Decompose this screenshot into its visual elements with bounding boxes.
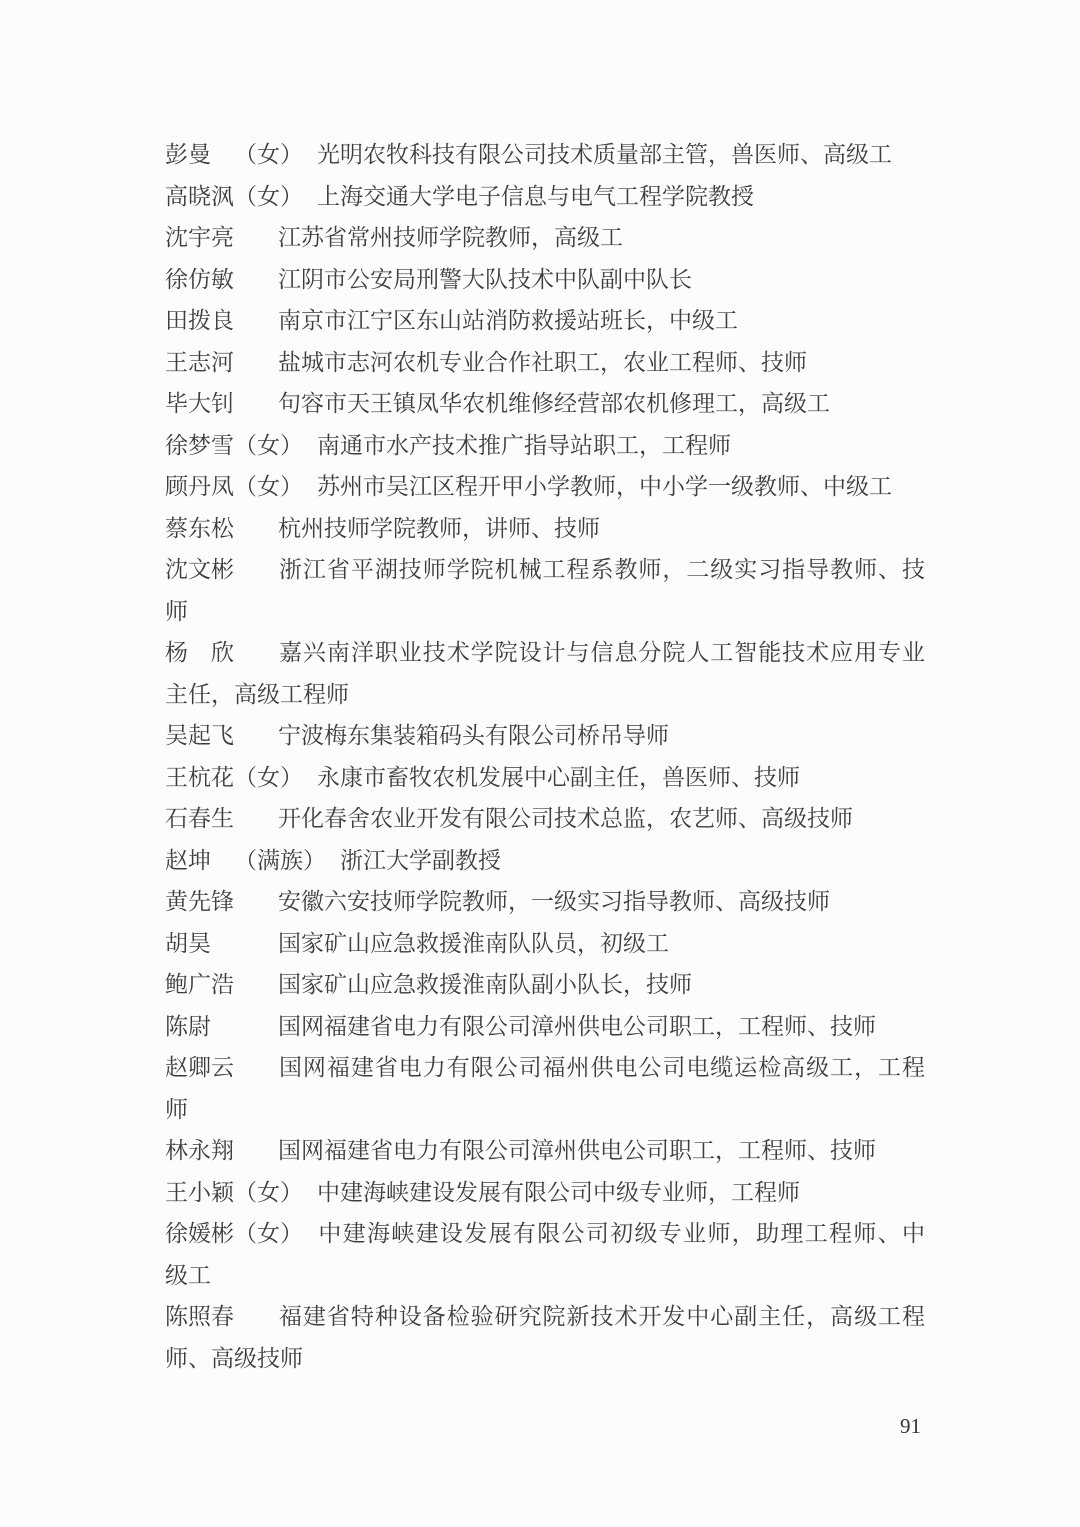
name-field: 胡昊 — [165, 923, 278, 965]
person-description: 杭州技师学院教师，讲师、技师 — [278, 516, 600, 541]
person-name: 杨欣 — [165, 632, 234, 674]
person-description: 江阴市公安局刑警大队技术中队副中队长 — [278, 267, 692, 292]
person-name: 田拨良 — [165, 300, 234, 342]
person-description: 光明农牧科技有限公司技术质量部主管，兽医师、高级工 — [317, 142, 892, 167]
name-field: 徐梦雪（女） — [165, 425, 317, 467]
roster-entry: 王杭花（女）永康市畜牧农机发展中心副主任，兽医师、技师 — [165, 757, 925, 799]
name-field: 陈照春 — [165, 1296, 278, 1338]
document-page: 彭曼（女）光明农牧科技有限公司技术质量部主管，兽医师、高级工 高晓沨（女）上海交… — [0, 0, 1080, 1527]
gender-tag: （女） — [234, 1180, 303, 1205]
person-description-continued: 师 — [165, 1089, 925, 1131]
person-name: 徐梦雪 — [165, 425, 234, 467]
person-description: 中建海峡建设发展有限公司初级专业师，助理工程师、中 — [317, 1221, 925, 1246]
roster-entry: 胡昊国家矿山应急救援淮南队队员，初级工 — [165, 923, 925, 965]
name-field: 鲍广浩 — [165, 964, 278, 1006]
name-field: 王杭花（女） — [165, 757, 317, 799]
roster-entry: 陈尉国网福建省电力有限公司漳州供电公司职工，工程师、技师 — [165, 1006, 925, 1048]
person-name: 赵卿云 — [165, 1047, 234, 1089]
person-name: 徐媛彬 — [165, 1213, 234, 1255]
person-description: 国网福建省电力有限公司福州供电公司电缆运检高级工，工程 — [278, 1055, 925, 1080]
name-field: 徐仿敏 — [165, 259, 278, 301]
name-field: 林永翔 — [165, 1130, 278, 1172]
person-description: 盐城市志河农机专业合作社职工，农业工程师、技师 — [278, 350, 807, 375]
name-field: 田拨良 — [165, 300, 278, 342]
roster-entry: 王志河盐城市志河农机专业合作社职工，农业工程师、技师 — [165, 342, 925, 384]
person-name: 黄先锋 — [165, 881, 234, 923]
person-name: 王杭花 — [165, 757, 234, 799]
person-description: 国家矿山应急救援淮南队副小队长，技师 — [278, 972, 692, 997]
name-field: 石春生 — [165, 798, 278, 840]
person-name: 高晓沨 — [165, 176, 234, 218]
person-description: 永康市畜牧农机发展中心副主任，兽医师、技师 — [317, 765, 800, 790]
person-description-continued: 师 — [165, 591, 925, 633]
name-field: 蔡东松 — [165, 508, 278, 550]
name-field: 彭曼（女） — [165, 134, 317, 176]
name-field: 沈文彬 — [165, 549, 278, 591]
page-number: 91 — [165, 1410, 925, 1443]
person-description-continued: 级工 — [165, 1255, 925, 1297]
name-field: 王志河 — [165, 342, 278, 384]
person-description: 嘉兴南洋职业技术学院设计与信息分院人工智能技术应用专业 — [278, 640, 925, 665]
person-description: 句容市天王镇凤华农机维修经营部农机修理工，高级工 — [278, 391, 830, 416]
person-description: 江苏省常州技师学院教师，高级工 — [278, 225, 623, 250]
person-name: 石春生 — [165, 798, 234, 840]
roster-entry: 陈照春福建省特种设备检验研究院新技术开发中心副主任，高级工程师、高级技师 — [165, 1296, 925, 1379]
roster-list: 彭曼（女）光明农牧科技有限公司技术质量部主管，兽医师、高级工 高晓沨（女）上海交… — [0, 0, 1080, 1443]
person-description: 上海交通大学电子信息与电气工程学院教授 — [317, 184, 754, 209]
person-description: 开化春舍农业开发有限公司技术总监，农艺师、高级技师 — [278, 806, 853, 831]
roster-entry: 林永翔国网福建省电力有限公司漳州供电公司职工，工程师、技师 — [165, 1130, 925, 1172]
person-name: 王小颖 — [165, 1172, 234, 1214]
name-field: 徐媛彬（女） — [165, 1213, 317, 1255]
ethnicity-tag: （满族） — [234, 848, 326, 873]
name-field: 沈宇亮 — [165, 217, 278, 259]
roster-entry: 黄先锋安徽六安技师学院教师，一级实习指导教师、高级技师 — [165, 881, 925, 923]
person-description: 安徽六安技师学院教师，一级实习指导教师、高级技师 — [278, 889, 830, 914]
person-name: 赵坤 — [165, 840, 234, 882]
roster-entry: 石春生开化春舍农业开发有限公司技术总监，农艺师、高级技师 — [165, 798, 925, 840]
person-name: 王志河 — [165, 342, 234, 384]
roster-entry: 鲍广浩国家矿山应急救援淮南队副小队长，技师 — [165, 964, 925, 1006]
roster-entry: 王小颖（女）中建海峡建设发展有限公司中级专业师，工程师 — [165, 1172, 925, 1214]
person-name: 陈尉 — [165, 1006, 234, 1048]
roster-entry: 高晓沨（女）上海交通大学电子信息与电气工程学院教授 — [165, 176, 925, 218]
person-name: 沈文彬 — [165, 549, 234, 591]
name-field: 毕大钊 — [165, 383, 278, 425]
person-description-continued: 主任，高级工程师 — [165, 674, 925, 716]
name-field: 吴起飞 — [165, 715, 278, 757]
name-field: 顾丹凤（女） — [165, 466, 317, 508]
person-description: 浙江省平湖技师学院机械工程系教师，二级实习指导教师、技 — [278, 557, 925, 582]
roster-entry: 杨欣嘉兴南洋职业技术学院设计与信息分院人工智能技术应用专业主任，高级工程师 — [165, 632, 925, 715]
name-field: 杨欣 — [165, 632, 278, 674]
person-name: 沈宇亮 — [165, 217, 234, 259]
roster-entry: 赵卿云国网福建省电力有限公司福州供电公司电缆运检高级工，工程师 — [165, 1047, 925, 1130]
roster-entry: 沈宇亮江苏省常州技师学院教师，高级工 — [165, 217, 925, 259]
name-field: 黄先锋 — [165, 881, 278, 923]
name-field: 高晓沨（女） — [165, 176, 317, 218]
person-name: 徐仿敏 — [165, 259, 234, 301]
person-name: 吴起飞 — [165, 715, 234, 757]
roster-entry: 沈文彬浙江省平湖技师学院机械工程系教师，二级实习指导教师、技师 — [165, 549, 925, 632]
roster-entry: 徐梦雪（女）南通市水产技术推广指导站职工，工程师 — [165, 425, 925, 467]
gender-tag: （女） — [234, 184, 303, 209]
person-name: 蔡东松 — [165, 508, 234, 550]
gender-tag: （女） — [234, 1221, 303, 1246]
person-description: 国网福建省电力有限公司漳州供电公司职工，工程师、技师 — [278, 1014, 876, 1039]
person-name: 鲍广浩 — [165, 964, 234, 1006]
gender-tag: （女） — [234, 474, 303, 499]
roster-entry: 彭曼（女）光明农牧科技有限公司技术质量部主管，兽医师、高级工 — [165, 134, 925, 176]
roster-entry: 田拨良南京市江宁区东山站消防救援站班长，中级工 — [165, 300, 925, 342]
gender-tag: （女） — [234, 142, 303, 167]
person-description: 宁波梅东集装箱码头有限公司桥吊导师 — [278, 723, 669, 748]
person-description: 国网福建省电力有限公司漳州供电公司职工，工程师、技师 — [278, 1138, 876, 1163]
roster-entry: 蔡东松杭州技师学院教师，讲师、技师 — [165, 508, 925, 550]
name-field: 赵卿云 — [165, 1047, 278, 1089]
gender-tag: （女） — [234, 433, 303, 458]
gender-tag: （女） — [234, 765, 303, 790]
person-description-continued: 师、高级技师 — [165, 1338, 925, 1380]
roster-entry: 毕大钊句容市天王镇凤华农机维修经营部农机修理工，高级工 — [165, 383, 925, 425]
person-name: 林永翔 — [165, 1130, 234, 1172]
person-name: 毕大钊 — [165, 383, 234, 425]
person-name: 胡昊 — [165, 923, 234, 965]
person-description: 中建海峡建设发展有限公司中级专业师，工程师 — [317, 1180, 800, 1205]
person-description: 浙江大学副教授 — [340, 848, 501, 873]
roster-entry: 徐仿敏江阴市公安局刑警大队技术中队副中队长 — [165, 259, 925, 301]
person-description: 国家矿山应急救援淮南队队员，初级工 — [278, 931, 669, 956]
roster-entry: 吴起飞宁波梅东集装箱码头有限公司桥吊导师 — [165, 715, 925, 757]
name-field: 王小颖（女） — [165, 1172, 317, 1214]
person-description: 福建省特种设备检验研究院新技术开发中心副主任，高级工程 — [278, 1304, 925, 1329]
person-name: 彭曼 — [165, 134, 234, 176]
person-description: 南京市江宁区东山站消防救援站班长，中级工 — [278, 308, 738, 333]
name-field: 陈尉 — [165, 1006, 278, 1048]
person-description: 苏州市吴江区程开甲小学教师，中小学一级教师、中级工 — [317, 474, 892, 499]
roster-entry: 徐媛彬（女）中建海峡建设发展有限公司初级专业师，助理工程师、中级工 — [165, 1213, 925, 1296]
name-field: 赵坤（满族） — [165, 840, 340, 882]
person-name: 陈照春 — [165, 1296, 234, 1338]
roster-entry: 顾丹凤（女）苏州市吴江区程开甲小学教师，中小学一级教师、中级工 — [165, 466, 925, 508]
roster-entry: 赵坤（满族）浙江大学副教授 — [165, 840, 925, 882]
person-name: 顾丹凤 — [165, 466, 234, 508]
person-description: 南通市水产技术推广指导站职工，工程师 — [317, 433, 731, 458]
